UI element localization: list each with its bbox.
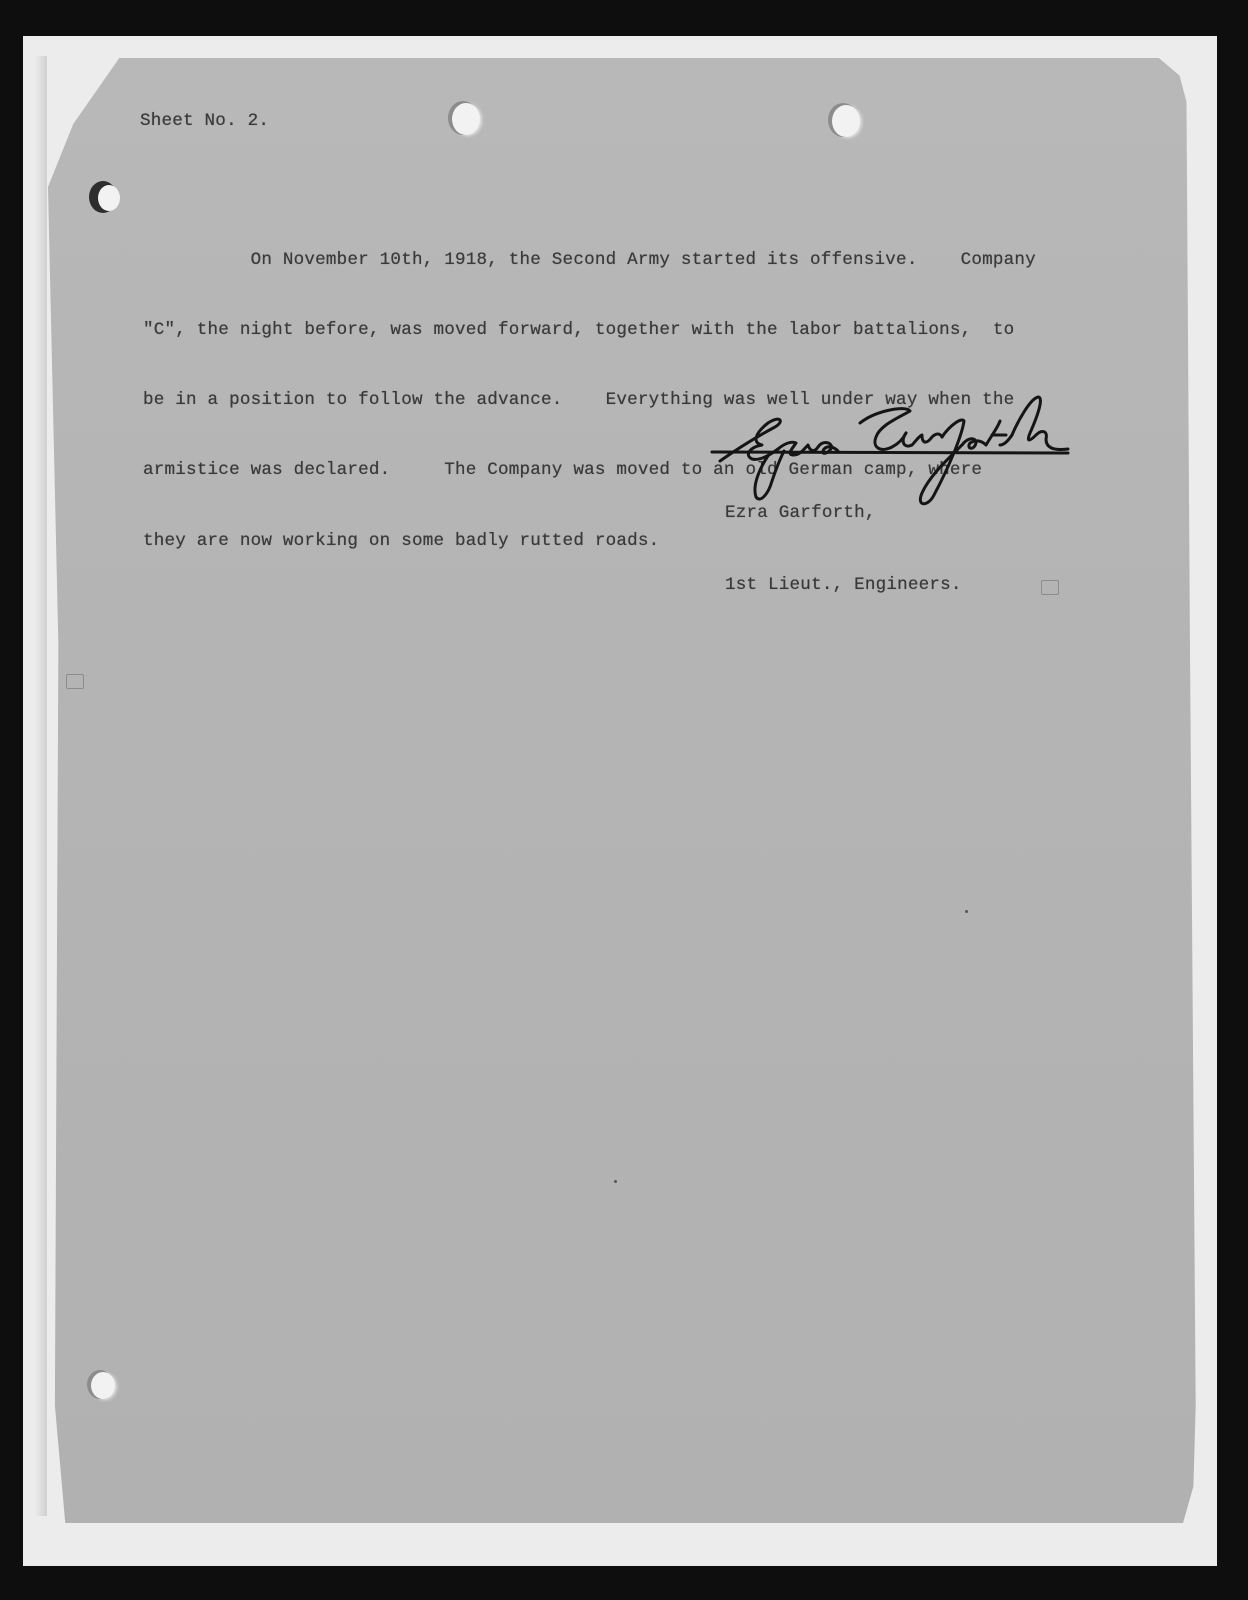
faint-stamp-mark-icon — [1041, 580, 1059, 595]
punch-hole-top-right-icon — [832, 105, 860, 137]
paragraph-line: On November 10th, 1918, the Second Army … — [143, 249, 1036, 272]
punch-hole-top-left-icon — [452, 103, 480, 135]
paragraph-line: "C", the night before, was moved forward… — [143, 319, 1036, 342]
faint-stamp-mark-icon — [66, 674, 84, 689]
paper-speck — [614, 1180, 617, 1183]
punch-hole-left-lower-icon — [91, 1372, 115, 1399]
page-edge-shadow — [35, 56, 47, 1516]
sheet-number-label: Sheet No. 2. — [140, 110, 269, 133]
signature-block: Ezra Garforth, 1st Lieut., Engineers. — [725, 453, 962, 645]
signer-name: Ezra Garforth, — [725, 501, 962, 525]
signer-title: 1st Lieut., Engineers. — [725, 573, 962, 597]
punch-hole-left-upper-icon — [98, 185, 120, 211]
paper-speck — [965, 910, 968, 913]
scanned-document: Sheet No. 2. On November 10th, 1918, the… — [0, 0, 1248, 1600]
